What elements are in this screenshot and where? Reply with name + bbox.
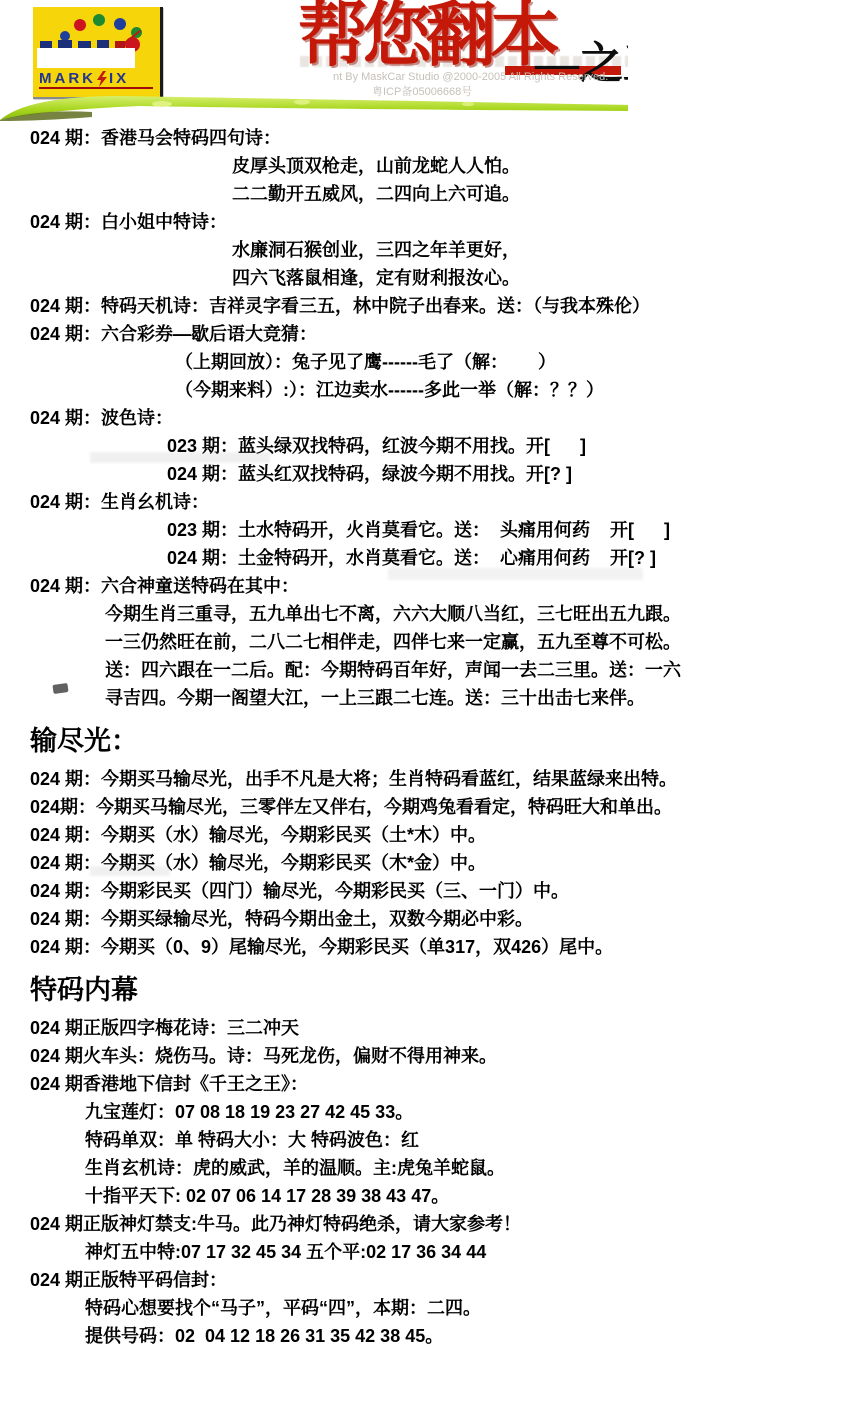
logo-dot-icon (74, 19, 86, 31)
logo-six-text: IX (109, 71, 129, 87)
text-line: 023 期：蓝头绿双找特码，红波今期不用找。开[ ] (0, 432, 860, 460)
text-line: 今期生肖三重寻，五九单出七不离，六六大顺八当红，三七旺出五九跟。 (0, 600, 860, 628)
text-line: 024 期火车头：烧伤马。诗：马死龙伤，偏财不得用神来。 (0, 1042, 860, 1070)
text-line: 024 期：土金特码开，水肖莫看它。送： 心痛用何药 开[? ] (0, 544, 860, 572)
logo-dot-icon (114, 18, 126, 30)
text-line: 生肖玄机诗：虎的威武，羊的温顺。主:虎兔羊蛇鼠。 (0, 1154, 860, 1182)
text-line: 024 期：今期买（0、9）尾输尽光，今期彩民买（单317，双426）尾中。 (0, 933, 860, 961)
marksix-logo: MARK IX (33, 7, 163, 99)
lightning-bolt-icon (96, 71, 108, 87)
text-line: 提供号码：02 04 12 18 26 31 35 42 38 45。 (0, 1322, 860, 1350)
text-line: 四六飞落鼠相逢，定有财利报汝心。 (0, 264, 860, 292)
grass-wave-divider (0, 90, 628, 122)
text-line: 水廉洞石猴创业，三四之年羊更好， (0, 236, 860, 264)
text-line: 寻吉四。今期一阁望大江，一上三跟二七连。送：三十出击七来伴。 (0, 684, 860, 712)
text-line: 024 期：六合神童送特码在其中： (0, 572, 860, 600)
text-line: 024 期：波色诗： (0, 404, 860, 432)
text-line: 九宝莲灯：07 08 18 19 23 27 42 45 33。 (0, 1098, 860, 1126)
text-line: 024 期正版特平码信封： (0, 1266, 860, 1294)
document-body: 024 期：香港马会特码四句诗：皮厚头顶双枪走，山前龙蛇人人怕。二二勤开五威风，… (0, 122, 860, 1350)
text-line: 024 期：蓝头红双找特码，绿波今期不用找。开[? ] (0, 460, 860, 488)
text-line: 024 期正版四字梅花诗：三二冲天 (0, 1014, 860, 1042)
text-line: 皮厚头顶双枪走，山前龙蛇人人怕。 (0, 152, 860, 180)
copyright-watermark: nt By MaskCar Studio @2000-2005 All Righ… (333, 71, 608, 84)
text-line: 024 期：今期买马输尽光，出手不凡是大将；生肖特码看蓝红，结果蓝绿来出特。 (0, 765, 860, 793)
text-line: 024 期：香港马会特码四句诗： (0, 124, 860, 152)
banner-clip: MARK IX 帮您翻本 —之五 nt By MaskCar Studio @2… (0, 0, 628, 122)
logo-wordmark: MARK IX (39, 71, 153, 89)
text-line: 特码单双：单 特码大小：大 特码波色：红 (0, 1126, 860, 1154)
text-line: 一三仍然旺在前，二八二七相伴走，四伴七来一定赢，五九至尊不可松。 (0, 628, 860, 656)
page-banner: MARK IX 帮您翻本 —之五 nt By MaskCar Studio @2… (0, 0, 860, 122)
text-line: 024 期：特码天机诗：吉祥灵字看三五，林中院子出春来。送：（与我本殊伦） (0, 292, 860, 320)
text-line: 送：四六跟在一二后。配：今期特码百年好，声闻一去二三里。送：一六 (0, 656, 860, 684)
text-line: 024期：今期买马输尽光，三零伴左又伴右，今期鸡兔看看定，特码旺大和单出。 (0, 793, 860, 821)
section-heading: 特码内幕 (0, 961, 860, 1014)
text-line: 024 期香港地下信封《千王之王》： (0, 1070, 860, 1098)
text-line: 024 期：今期买绿输尽光，特码今期出金土，双数今期必中彩。 (0, 905, 860, 933)
text-line: （上期回放）：兔子见了鹰------毛了（解： ） (0, 348, 860, 376)
logo-dot-icon (93, 14, 105, 26)
text-line: 二二勤开五威风，二四向上六可追。 (0, 180, 860, 208)
text-line: 神灯五中特:07 17 32 45 34 五个平:02 17 36 34 44 (0, 1238, 860, 1266)
text-line: 024 期正版神灯禁支:牛马。此乃神灯特码绝杀，请大家参考！ (0, 1210, 860, 1238)
text-line: 024 期：白小姐中特诗： (0, 208, 860, 236)
text-line: 024 期：今期买（水）输尽光，今期彩民买（木*金）中。 (0, 849, 860, 877)
text-line: 024 期：六合彩券—歇后语大竞猜： (0, 320, 860, 348)
text-line: 024 期：今期买（水）输尽光，今期彩民买（土*木）中。 (0, 821, 860, 849)
text-line: 特码心想要找个“马子”，平码“四”，本期：二四。 (0, 1294, 860, 1322)
logo-white-strip (37, 48, 135, 68)
text-line: 023 期：土水特码开，火肖莫看它。送： 头痛用何药 开[ ] (0, 516, 860, 544)
section-heading: 输尽光： (0, 712, 860, 765)
text-line: 024 期：生肖幺机诗： (0, 488, 860, 516)
logo-mark-text: MARK (39, 71, 96, 87)
text-line: 十指平天下: 02 07 06 14 17 28 39 38 43 47。 (0, 1182, 860, 1210)
text-line: （今期来料）:）：江边卖水------多此一举（解：？？） (0, 376, 860, 404)
text-line: 024 期：今期彩民买（四门）输尽光，今期彩民买（三、一门）中。 (0, 877, 860, 905)
